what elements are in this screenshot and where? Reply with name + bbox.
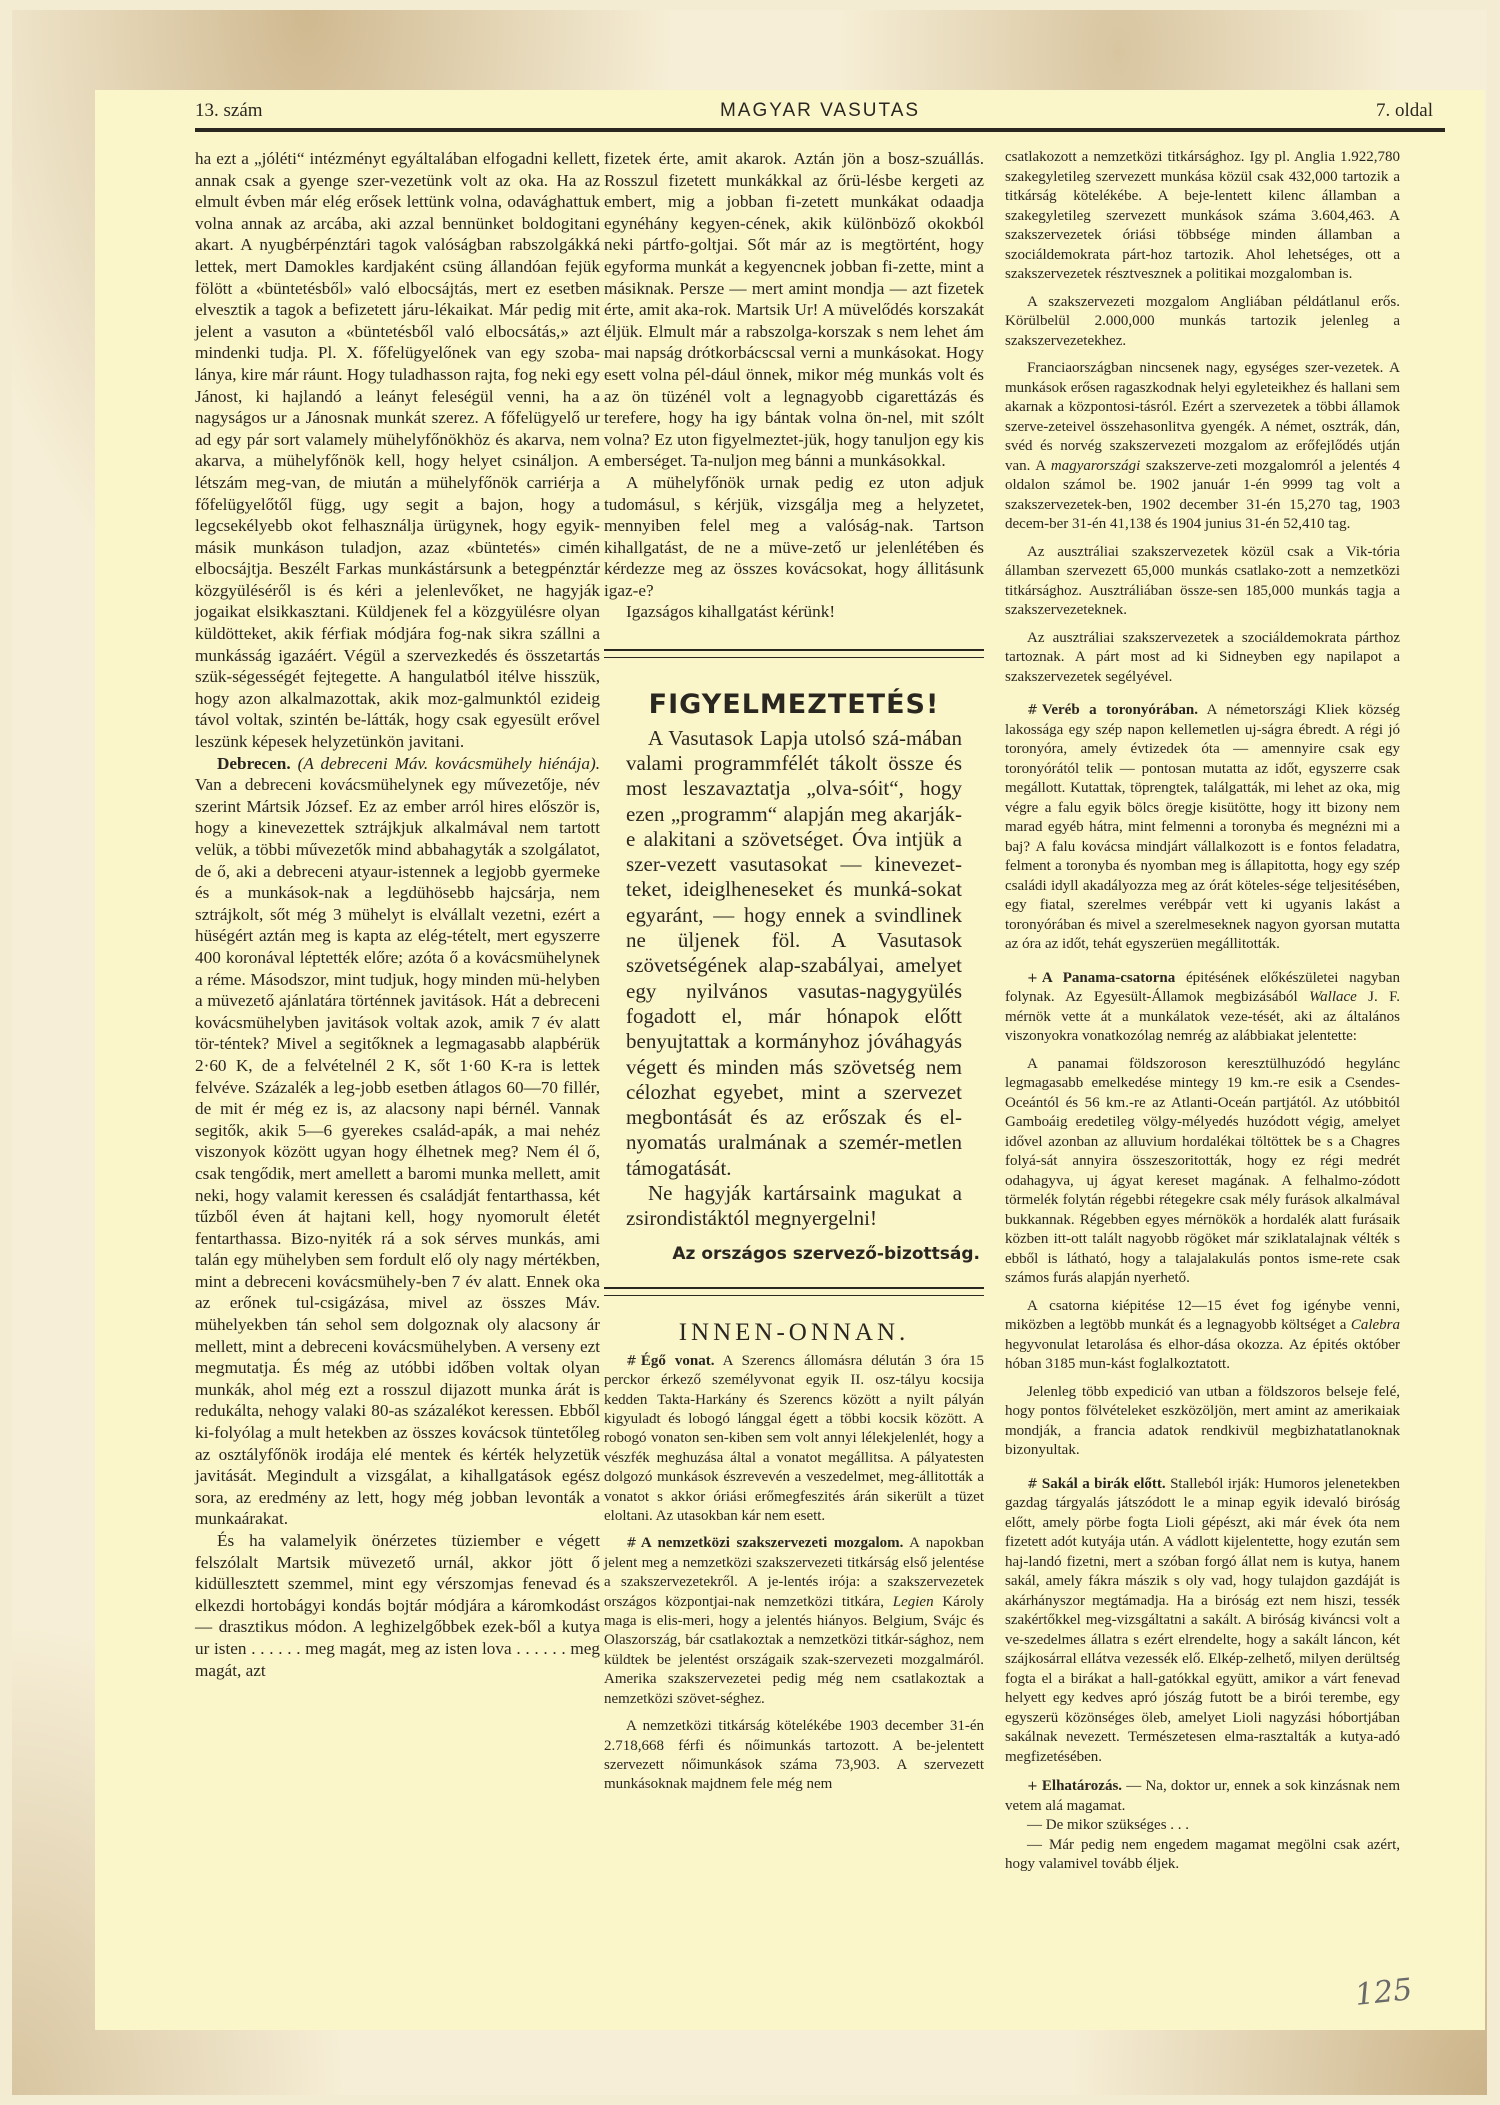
- plus-mark-icon: +: [1027, 1779, 1038, 1794]
- debrecen-lead: Debrecen.: [217, 754, 291, 773]
- article-paragraph: A mühelyfőnök urnak pedig ez uton adjuk …: [604, 472, 984, 602]
- article-paragraph: Az ausztráliai szakszervezetek közül csa…: [1005, 543, 1400, 621]
- hash-mark-icon: #: [1027, 703, 1038, 718]
- place-name: Calebra: [1351, 1317, 1400, 1333]
- article-text: A: [1035, 458, 1051, 474]
- article-continuation-3: csatlakozott a nemzetközi titkársághoz. …: [1005, 148, 1400, 285]
- handwritten-archive-number: 125: [1353, 1972, 1414, 2013]
- section-divider: [604, 1287, 984, 1296]
- newspaper-title: MAGYAR VASUTAS: [195, 100, 1445, 122]
- hash-mark-icon: #: [626, 1536, 637, 1551]
- debrecen-subtitle: (A debreceni Máv. kovácsmühely hiénája).: [298, 754, 600, 773]
- news-item-elhatarozas: +Elhatározás. — Na, doktor ur, ennek a s…: [1005, 1777, 1400, 1816]
- article-text: Franciaországban nincsenek nagy, egysége…: [1005, 360, 1400, 474]
- column-3: csatlakozott a nemzetközi titkársághoz. …: [1005, 148, 1400, 1875]
- warning-signature: Az országos szervező-bizottság.: [604, 1244, 984, 1266]
- article-closing: Igazságos kihallgatást kérünk!: [604, 601, 984, 623]
- news-item-vereb: #Veréb a toronyórában. A németországi Kl…: [1005, 701, 1400, 955]
- dialogue-line: — De mikor szükséges . . .: [1005, 1816, 1400, 1836]
- news-headline: Elhatározás.: [1042, 1778, 1122, 1794]
- article-text: hegyvonulat letarolása és elhor-dása oko…: [1005, 1337, 1400, 1373]
- section-title: INNEN-ONNAN.: [604, 1322, 984, 1344]
- article-continuation-2: fizetek érte, amit akarok. Aztán jön a b…: [604, 148, 984, 472]
- section-divider: [604, 649, 984, 658]
- article-paragraph: Franciaországban nincsenek nagy, egysége…: [1005, 359, 1400, 535]
- news-headline: Sakál a birák előtt.: [1042, 1476, 1166, 1492]
- article-paragraph: Jelenleg több expedició van utban a föld…: [1005, 1383, 1400, 1461]
- news-body: Károly maga is elis-meri, hogy a jelenté…: [604, 1594, 984, 1707]
- page-number: 7. oldal: [1376, 100, 1433, 122]
- news-item-nemzetkozi: #A nemzetközi szakszervezeti mozgalom. A…: [604, 1534, 984, 1709]
- column-1: ha ezt a „jóléti“ intézményt egyáltalába…: [195, 148, 600, 1681]
- page-header: 13. szám MAGYAR VASUTAS 7. oldal: [195, 100, 1445, 130]
- news-paragraph: A nemzetközi titkárság kötelékébe 1903 d…: [604, 1717, 984, 1795]
- header-rule: [195, 128, 1445, 132]
- debrecen-last-paragraph: És ha valamelyik önérzetes tüziember e v…: [195, 1530, 600, 1681]
- article-paragraph: A panamai földszoroson keresztülhuzódó h…: [1005, 1055, 1400, 1289]
- emphasis: magyarországi: [1051, 458, 1140, 474]
- person-name: Legien: [893, 1594, 934, 1610]
- warning-paragraph: A Vasutasok Lapja utolsó szá-mában valam…: [626, 726, 962, 1181]
- article-text: A csatorna kiépitése 12—15 évet fog igén…: [1005, 1298, 1400, 1334]
- article-paragraph: A szakszervezeti mozgalom Angliában péld…: [1005, 293, 1400, 352]
- warning-paragraph: Ne hagyják kartársaink magukat a zsirond…: [626, 1181, 962, 1232]
- news-item-sakal: #Sakál a birák előtt. Stalleból irják: H…: [1005, 1475, 1400, 1768]
- hash-mark-icon: #: [626, 1354, 637, 1369]
- news-headline: A Panama-csatorna: [1042, 970, 1175, 986]
- plus-mark-icon: +: [1027, 971, 1038, 986]
- person-name: Wallace: [1309, 989, 1357, 1005]
- news-item-ego-vonat: #Égő vonat. A Szerencs állomásra délután…: [604, 1352, 984, 1527]
- news-item-panama: +A Panama-csatorna épitésének előkészüle…: [1005, 969, 1400, 1047]
- article-paragraph: A csatorna kiépitése 12—15 évet fog igén…: [1005, 1297, 1400, 1375]
- news-headline: Égő vonat.: [641, 1353, 715, 1369]
- news-body: A Szerencs állomásra délután 3 óra 15 pe…: [604, 1353, 984, 1524]
- news-headline: A nemzetközi szakszervezeti mozgalom.: [641, 1535, 904, 1551]
- news-body: Stalleból irják: Humoros jelenetekben ga…: [1005, 1476, 1400, 1765]
- debrecen-body: Van a debreceni kovácsmühelynek egy műve…: [195, 775, 600, 1528]
- news-headline: Veréb a toronyórában.: [1042, 702, 1198, 718]
- warning-title: FIGYELMEZTETÉS!: [604, 694, 984, 716]
- article-continuation: ha ezt a „jóléti“ intézményt egyáltalába…: [195, 148, 600, 753]
- column-2: fizetek érte, amit akarok. Aztán jön a b…: [604, 148, 984, 1795]
- debrecen-article: Debrecen. (A debreceni Máv. kovácsmühely…: [195, 753, 600, 1530]
- article-paragraph: Az ausztráliai szakszervezetek a szociál…: [1005, 629, 1400, 688]
- dialogue-line: — Már pedig nem engedem magamat megölni …: [1005, 1836, 1400, 1875]
- hash-mark-icon: #: [1027, 1477, 1038, 1492]
- news-body: A németországi Kliek község lakossága eg…: [1005, 702, 1400, 952]
- warning-notice: FIGYELMEZTETÉS! A Vasutasok Lapja utolsó…: [604, 694, 984, 1265]
